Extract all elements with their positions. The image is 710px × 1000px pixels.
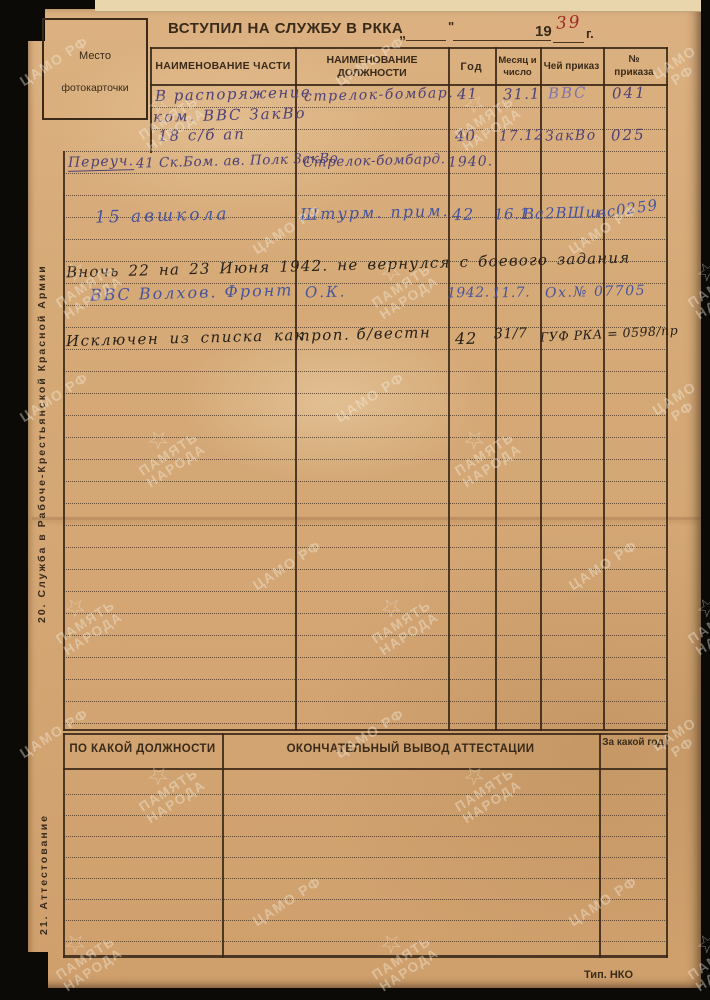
- watermark-memory: ☆ПАМЯТЬНАРОДА: [358, 916, 442, 995]
- watermark-memory: ☆ПАМЯТЬНАРОДА: [125, 76, 209, 155]
- watermark-org: ЦАМО РФ: [333, 706, 407, 761]
- watermark-memory: ☆ПАМЯТЬНАРОДА: [42, 244, 126, 323]
- watermark-memory: ☆ПАМЯТЬНАРОДА: [674, 580, 710, 659]
- star-icon: ☆: [441, 748, 509, 803]
- watermark-memory: ☆ПАМЯТЬНАРОДА: [358, 244, 442, 323]
- star-icon: ☆: [358, 916, 426, 971]
- watermark-memory: ☆ПАМЯТЬНАРОДА: [441, 748, 525, 827]
- watermark-org: ЦАМО РФ: [644, 39, 710, 98]
- star-icon: ☆: [674, 244, 710, 299]
- star-icon: ☆: [125, 76, 193, 131]
- watermark-memory: ☆ПАМЯТЬНАРОДА: [358, 580, 442, 659]
- star-icon: ☆: [42, 244, 110, 299]
- star-icon: ☆: [42, 580, 110, 635]
- watermark-org: ЦАМО РФ: [644, 711, 710, 770]
- watermark-org: ЦАМО РФ: [17, 34, 91, 89]
- star-icon: ☆: [125, 412, 193, 467]
- watermark-memory: ☆ПАМЯТЬНАРОДА: [42, 580, 126, 659]
- watermark-org: ЦАМО РФ: [250, 202, 324, 257]
- star-icon: ☆: [674, 580, 710, 635]
- star-icon: ☆: [358, 580, 426, 635]
- watermark-layer: ЦАМО РФ☆ПАМЯТЬНАРОДАЦАМО РФ☆ПАМЯТЬНАРОДА…: [0, 0, 710, 1000]
- star-icon: ☆: [674, 916, 710, 971]
- watermark-memory: ☆ПАМЯТЬНАРОДА: [674, 244, 710, 323]
- watermark-org: ЦАМО РФ: [566, 202, 640, 257]
- star-icon: ☆: [441, 76, 509, 131]
- watermark-memory: ☆ПАМЯТЬНАРОДА: [125, 412, 209, 491]
- watermark-memory: ☆ПАМЯТЬНАРОДА: [42, 916, 126, 995]
- watermark-memory: ☆ПАМЯТЬНАРОДА: [674, 916, 710, 995]
- document-scan: Место фотокарточки ВСТУПИЛ НА СЛУЖБУ В Р…: [0, 0, 710, 1000]
- watermark-org: ЦАМО РФ: [17, 706, 91, 761]
- star-icon: ☆: [358, 244, 426, 299]
- watermark-org: ЦАМО РФ: [566, 874, 640, 929]
- watermark-memory: ☆ПАМЯТЬНАРОДА: [441, 412, 525, 491]
- watermark-memory: ☆ПАМЯТЬНАРОДА: [441, 76, 525, 155]
- star-icon: ☆: [441, 412, 509, 467]
- watermark-org: ЦАМО РФ: [250, 874, 324, 929]
- watermark-org: ЦАМО РФ: [644, 375, 710, 434]
- star-icon: ☆: [125, 748, 193, 803]
- watermark-org: ЦАМО РФ: [17, 370, 91, 425]
- star-icon: ☆: [42, 916, 110, 971]
- watermark-org: ЦАМО РФ: [333, 370, 407, 425]
- watermark-org: ЦАМО РФ: [333, 34, 407, 89]
- watermark-memory: ☆ПАМЯТЬНАРОДА: [125, 748, 209, 827]
- watermark-org: ЦАМО РФ: [250, 538, 324, 593]
- watermark-org: ЦАМО РФ: [566, 538, 640, 593]
